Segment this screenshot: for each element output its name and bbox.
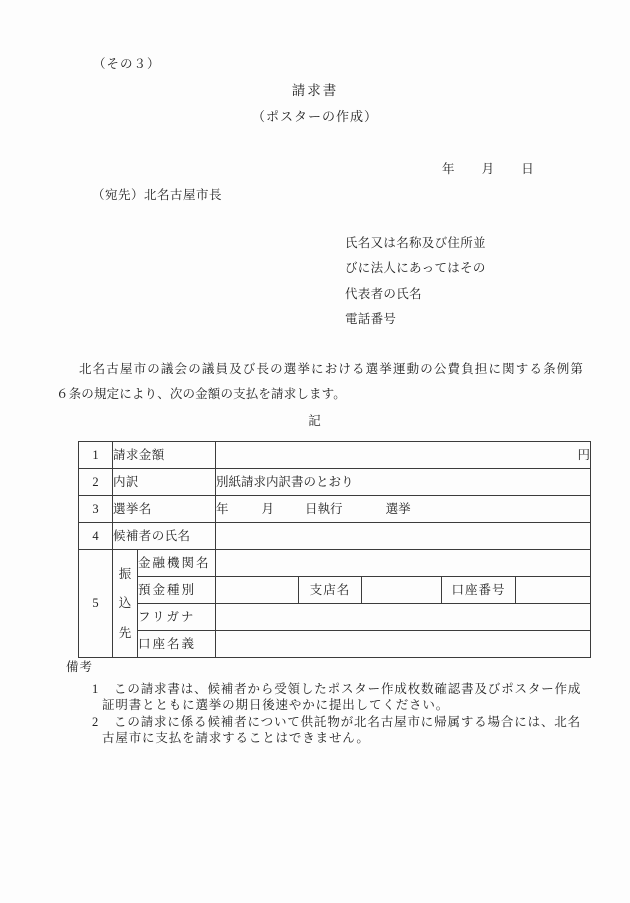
table-row-bank-name: 5 振 込 先 金融機関名: [79, 550, 591, 577]
row-4-number: 4: [79, 523, 113, 550]
row-1-number: 1: [79, 442, 113, 469]
body-paragraph: 北名古屋市の議会の議員及び長の選挙における選挙運動の公費負担に関する条例第 ６条…: [56, 357, 584, 407]
note-1-line-1: 1この請求書は、候補者から受領したポスター作成枚数確認書及びポスター作成: [92, 681, 581, 697]
election-year-label: 年: [216, 502, 229, 516]
claimant-line-4: 電話番号: [345, 307, 486, 332]
note-2-line-1: 2この請求に係る候補者について供託物が北名古屋市に帰属する場合には、北名: [92, 714, 581, 730]
record-marker: 記: [0, 413, 630, 429]
table-row-account-type: 預金種別 支店名 口座番号: [79, 577, 591, 604]
date-year-label: 年: [442, 161, 455, 177]
row-1-label: 請求金額: [113, 442, 216, 469]
transfer-char-3: 先: [119, 625, 132, 641]
account-holder-value: [216, 631, 591, 658]
account-number-label: 口座番号: [442, 577, 516, 604]
notes-heading: 備考: [66, 659, 93, 675]
row-4-label: 候補者の氏名: [113, 523, 216, 550]
account-number-value: [516, 577, 591, 604]
table-row-claim-amount: 1 請求金額 円: [79, 442, 591, 469]
document-subtitle: （ポスターの作成）: [0, 109, 630, 126]
row-2-label: 内訳: [113, 469, 216, 496]
account-type-value: [216, 577, 299, 604]
claimant-line-2: びに法人にあってはその: [345, 256, 486, 281]
date-line: 年 月 日: [442, 161, 534, 177]
note-1-number: 1: [92, 681, 114, 697]
table-row-election-name: 3 選挙名 年月日執行選挙: [79, 496, 591, 523]
bank-name-value: [216, 550, 591, 577]
invoice-document-page: （その３） 請求書 （ポスターの作成） 年 月 日 （宛先）北名古屋市長 氏名又…: [0, 0, 630, 903]
breakdown-value: 別紙請求内訳書のとおり: [216, 469, 591, 496]
furigana-value: [216, 604, 591, 631]
claim-amount-unit: 円: [216, 442, 591, 469]
account-type-label: 預金種別: [138, 577, 216, 604]
row-5-number: 5: [79, 550, 113, 658]
body-paragraph-line-1: 北名古屋市の議会の議員及び長の選挙における選挙運動の公費負担に関する条例第: [56, 357, 584, 382]
transfer-char-2: 込: [119, 595, 132, 611]
branch-name-value: [362, 577, 442, 604]
candidate-name-value: [216, 523, 591, 550]
transfer-group-label: 振 込 先: [113, 550, 138, 658]
corner-label: （その３）: [93, 56, 161, 72]
note-1-line-2: 証明書とともに選挙の期日後速やかに提出してください。: [102, 697, 581, 713]
note-1-text-1: この請求書は、候補者から受領したポスター作成枚数確認書及びポスター作成: [114, 682, 581, 696]
row-3-label: 選挙名: [113, 496, 216, 523]
branch-name-label: 支店名: [299, 577, 362, 604]
note-2-line-2: 古屋市に支払を請求することはできません。: [102, 730, 581, 746]
bank-name-label: 金融機関名: [138, 550, 216, 577]
note-2-text-1: この請求に係る候補者について供託物が北名古屋市に帰属する場合には、北名: [114, 715, 581, 729]
row-3-number: 3: [79, 496, 113, 523]
claimant-line-1: 氏名又は名称及び住所並: [345, 231, 486, 256]
election-name-value: 年月日執行選挙: [216, 496, 591, 523]
claimant-name-block: 氏名又は名称及び住所並 びに法人にあってはその 代表者の氏名 電話番号: [345, 231, 486, 332]
date-day-label: 日: [521, 161, 534, 177]
table-row-breakdown: 2 内訳 別紙請求内訳書のとおり: [79, 469, 591, 496]
furigana-label: フリガナ: [138, 604, 216, 631]
claimant-line-3: 代表者の氏名: [345, 282, 486, 307]
row-2-number: 2: [79, 469, 113, 496]
document-title: 請求書: [0, 82, 630, 100]
table-row-furigana: フリガナ: [79, 604, 591, 631]
claim-table: 1 請求金額 円 2 内訳 別紙請求内訳書のとおり 3 選挙名 年月日執行選挙 …: [78, 441, 591, 658]
election-day-exec-label: 日執行: [305, 502, 343, 516]
election-month-label: 月: [262, 502, 275, 516]
account-holder-label: 口座名義: [138, 631, 216, 658]
addressee-line: （宛先）北名古屋市長: [92, 187, 222, 203]
note-2-number: 2: [92, 714, 114, 730]
table-row-candidate-name: 4 候補者の氏名: [79, 523, 591, 550]
body-paragraph-line-2: ６条の規定により、次の金額の支払を請求します。: [56, 382, 584, 407]
table-row-account-holder: 口座名義: [79, 631, 591, 658]
transfer-char-1: 振: [119, 566, 132, 582]
election-suffix-label: 選挙: [386, 502, 411, 516]
notes-list: 1この請求書は、候補者から受領したポスター作成枚数確認書及びポスター作成 証明書…: [92, 681, 581, 747]
date-month-label: 月: [482, 161, 495, 177]
